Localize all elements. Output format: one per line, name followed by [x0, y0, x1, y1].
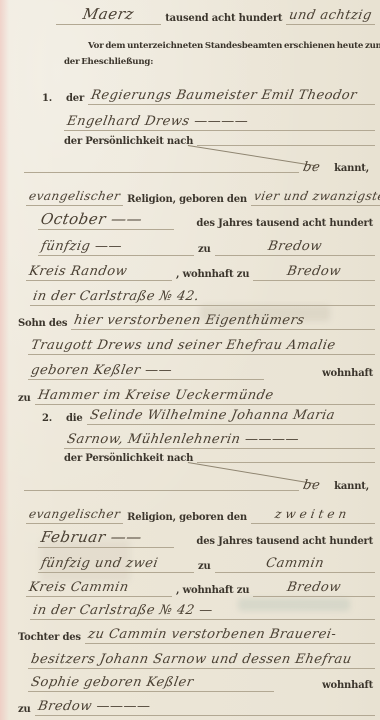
groom-residence-entry: Bredow: [286, 265, 342, 279]
groom-article: der: [66, 93, 84, 104]
groom-bekannt-row: be kannt,: [0, 161, 375, 175]
groom-name-blank-1: Regierungs Baumeister Emil Theodor: [88, 84, 375, 105]
bride-name-row-2: Sarnow, Mühlenlehnerin ————: [0, 428, 375, 449]
bride-year-label: des Jahres tausend acht hundert: [196, 536, 373, 547]
groom-descent-entry-3: geboren Keßler ——: [30, 364, 174, 378]
groom-descent-entry-2: Traugott Drews und seiner Ehefrau Amalie: [30, 339, 337, 353]
bride-district-blank: Kreis Cammin: [26, 576, 172, 597]
bride-name-row-1: 2. die Selinde Wilhelmine Johanna Maria: [0, 404, 375, 425]
bride-address-blank: in der Carlstraße № 42 —: [30, 599, 375, 620]
groom-year-label: des Jahres tausend acht hundert: [196, 218, 373, 229]
groom-district-blank: Kreis Randow: [26, 260, 172, 281]
bride-parents-residence-blank: Bredow ————: [35, 695, 375, 716]
groom-religion-label: Religion, geboren den: [127, 194, 247, 205]
date-printed-text: tausend acht hundert: [165, 13, 282, 24]
bride-district-row: Kreis Cammin , wohnhaft zu Bredow: [0, 576, 375, 597]
groom-birthmonth-blank: October ——: [38, 209, 174, 230]
bride-religion-entry: evangelischer: [28, 508, 121, 521]
bride-identity-label: der Persönlichkeit nach: [64, 453, 193, 464]
groom-religion-entry: evangelischer: [28, 190, 121, 203]
groom-descent-row-3: geboren Keßler —— wohnhaft: [0, 359, 375, 380]
intro-line-2: der Eheschließung:: [0, 57, 375, 68]
groom-descent-row-2: Traugott Drews und seiner Ehefrau Amalie: [0, 334, 375, 355]
bride-birthday-blank: zweiten: [251, 503, 375, 524]
rule-line: [24, 488, 299, 491]
groom-birthyear-blank: fünfzig ——: [38, 235, 194, 256]
date-year-blank: und achtzig: [286, 4, 375, 25]
groom-religion-row: evangelischer Religion, geboren den vier…: [0, 185, 375, 206]
groom-item-number: 1.: [42, 93, 62, 104]
bride-residence-entry: Bredow: [286, 581, 342, 595]
bride-birthplace-entry: Cammin: [265, 557, 325, 571]
bride-residence-blank: Bredow: [253, 576, 375, 597]
groom-parents-residence-blank: Hammer im Kreise Ueckermünde: [35, 384, 375, 405]
bride-birthmonth-row: Februar —— des Jahres tausend acht hunde…: [0, 527, 375, 548]
bride-religion-blank: evangelischer: [26, 503, 123, 524]
bride-descent-row-2: besitzers Johann Sarnow und dessen Ehefr…: [0, 648, 375, 669]
bride-birthday-entry: zweiten: [274, 508, 352, 521]
bride-birthmonth-entry: Februar ——: [40, 529, 144, 546]
registry-document-page: Maerz tausend acht hundert und achtzig V…: [0, 0, 380, 720]
bride-birthmonth-blank: Februar ——: [38, 527, 174, 548]
groom-descent-row-1: Sohn des hier verstorbenen Eigenthümers: [0, 309, 375, 330]
bride-identity-printed: kannt,: [334, 481, 369, 492]
groom-zu-label: zu: [198, 244, 211, 255]
bride-parents-residence-entry: Bredow ————: [36, 700, 151, 714]
groom-birthyear-row: fünfzig —— zu Bredow: [0, 235, 375, 256]
intro-text-2: der Eheschließung:: [64, 57, 153, 67]
bride-descent-label: Tochter des: [18, 632, 81, 643]
bride-name-entry-1: Selinde Wilhelmine Johanna Maria: [88, 409, 335, 423]
intro-line-1: Vor dem unterzeichneten Standesbeamten e…: [0, 41, 375, 52]
rule-line: [197, 460, 375, 463]
bride-birthyear-blank: fünfzig und zwei: [38, 552, 194, 573]
bride-descent-blank-3: Sophie geboren Keßler: [28, 671, 274, 692]
bride-address-entry: in der Carlstraße № 42 —: [32, 604, 214, 618]
bride-descent-entry-3: Sophie geboren Keßler: [30, 676, 195, 690]
groom-birthmonth-row: October —— des Jahres tausend acht hunde…: [0, 209, 375, 230]
date-year-entry: und achtzig: [288, 9, 373, 23]
groom-parents-residence-entry: Hammer im Kreise Ueckermünde: [36, 389, 274, 403]
groom-address-entry: in der Carlstraße № 42.: [32, 290, 201, 304]
bride-bekannt-row: be kannt,: [0, 479, 375, 493]
groom-identity-row: der Persönlichkeit nach: [0, 136, 375, 148]
groom-wohnhaft2-label: wohnhaft: [322, 368, 373, 379]
bride-descent-blank-1: zu Cammin verstorbenen Brauerei-: [85, 623, 375, 644]
date-month-blank: Maerz: [56, 4, 161, 25]
bride-parents-residence-row: zu Bredow ————: [0, 695, 375, 716]
groom-name-entry-1: Regierungs Baumeister Emil Theodor: [90, 89, 358, 103]
bride-descent-row-3: Sophie geboren Keßler wohnhaft: [0, 671, 375, 692]
groom-birthday-blank: vier und zwanzigsten: [251, 185, 380, 206]
groom-name-row-2: Engelhard Drews ————: [0, 110, 375, 131]
groom-residence-blank: Bredow: [253, 260, 375, 281]
bride-descent-entry-1: zu Cammin verstorbenen Brauerei-: [87, 628, 338, 642]
bride-birthyear-row: fünfzig und zwei zu Cammin: [0, 552, 375, 573]
groom-identity-label: der Persönlichkeit nach: [64, 136, 193, 147]
bride-name-blank-1: Selinde Wilhelmine Johanna Maria: [87, 404, 375, 425]
groom-birthmonth-entry: October ——: [40, 211, 144, 228]
groom-birthplace-blank: Bredow: [215, 235, 375, 256]
groom-identity-printed: kannt,: [334, 163, 369, 174]
groom-name-blank-2: Engelhard Drews ————: [64, 110, 375, 131]
groom-address-blank: in der Carlstraße № 42.: [30, 285, 375, 306]
groom-district-entry: Kreis Randow: [28, 265, 129, 279]
date-line: Maerz tausend acht hundert und achtzig: [0, 4, 375, 25]
groom-district-row: Kreis Randow , wohnhaft zu Bredow: [0, 260, 375, 281]
rule-line: [197, 143, 375, 146]
rule-line: [24, 170, 299, 173]
bride-birthplace-blank: Cammin: [215, 552, 375, 573]
bride-wohnhaft2-label: wohnhaft: [322, 680, 373, 691]
groom-religion-blank: evangelischer: [26, 185, 123, 206]
groom-descent-blank-1: hier verstorbenen Eigenthümers: [71, 309, 375, 330]
groom-identity-entry: be: [302, 161, 322, 175]
bride-name-blank-2: Sarnow, Mühlenlehnerin ————: [64, 428, 375, 449]
bride-name-entry-2: Sarnow, Mühlenlehnerin ————: [66, 433, 300, 447]
bride-article: die: [66, 413, 83, 424]
groom-birthyear-entry: fünfzig ——: [40, 240, 123, 254]
bride-religion-label: Religion, geboren den: [127, 512, 247, 523]
groom-birthday-entry: vier und zwanzigsten: [253, 190, 380, 203]
bride-wohnhaft-label: , wohnhaft zu: [176, 585, 249, 596]
date-month-entry: Maerz: [82, 6, 136, 23]
bride-descent-blank-2: besitzers Johann Sarnow und dessen Ehefr…: [28, 648, 375, 669]
groom-name-entry-2: Engelhard Drews ————: [66, 115, 250, 129]
intro-text-1: Vor dem unterzeichneten Standesbeamten e…: [88, 41, 380, 51]
bride-address-row: in der Carlstraße № 42 —: [0, 599, 375, 620]
bride-birthyear-entry: fünfzig und zwei: [40, 557, 159, 571]
bride-descent-row-1: Tochter des zu Cammin verstorbenen Braue…: [0, 623, 375, 644]
groom-wohnhaft-label: , wohnhaft zu: [176, 269, 249, 280]
bride-descent-entry-2: besitzers Johann Sarnow und dessen Ehefr…: [30, 653, 353, 667]
bride-religion-row: evangelischer Religion, geboren den zwei…: [0, 503, 375, 524]
groom-zu2-label: zu: [18, 393, 31, 404]
groom-descent-blank-3: geboren Keßler ——: [28, 359, 264, 380]
bride-zu2-label: zu: [18, 704, 31, 715]
bride-district-entry: Kreis Cammin: [28, 581, 130, 595]
bride-item-number: 2.: [42, 413, 62, 424]
groom-descent-entry-1: hier verstorbenen Eigenthümers: [73, 314, 306, 328]
bride-identity-row: der Persönlichkeit nach: [0, 453, 375, 465]
bride-zu-label: zu: [198, 561, 211, 572]
groom-parents-residence-row: zu Hammer im Kreise Ueckermünde: [0, 384, 375, 405]
groom-birthplace-entry: Bredow: [267, 240, 323, 254]
bride-identity-entry: be: [302, 479, 322, 493]
groom-address-row: in der Carlstraße № 42.: [0, 285, 375, 306]
groom-name-row-1: 1. der Regierungs Baumeister Emil Theodo…: [0, 84, 375, 105]
groom-descent-blank-2: Traugott Drews und seiner Ehefrau Amalie: [28, 334, 375, 355]
groom-descent-label: Sohn des: [18, 318, 67, 329]
